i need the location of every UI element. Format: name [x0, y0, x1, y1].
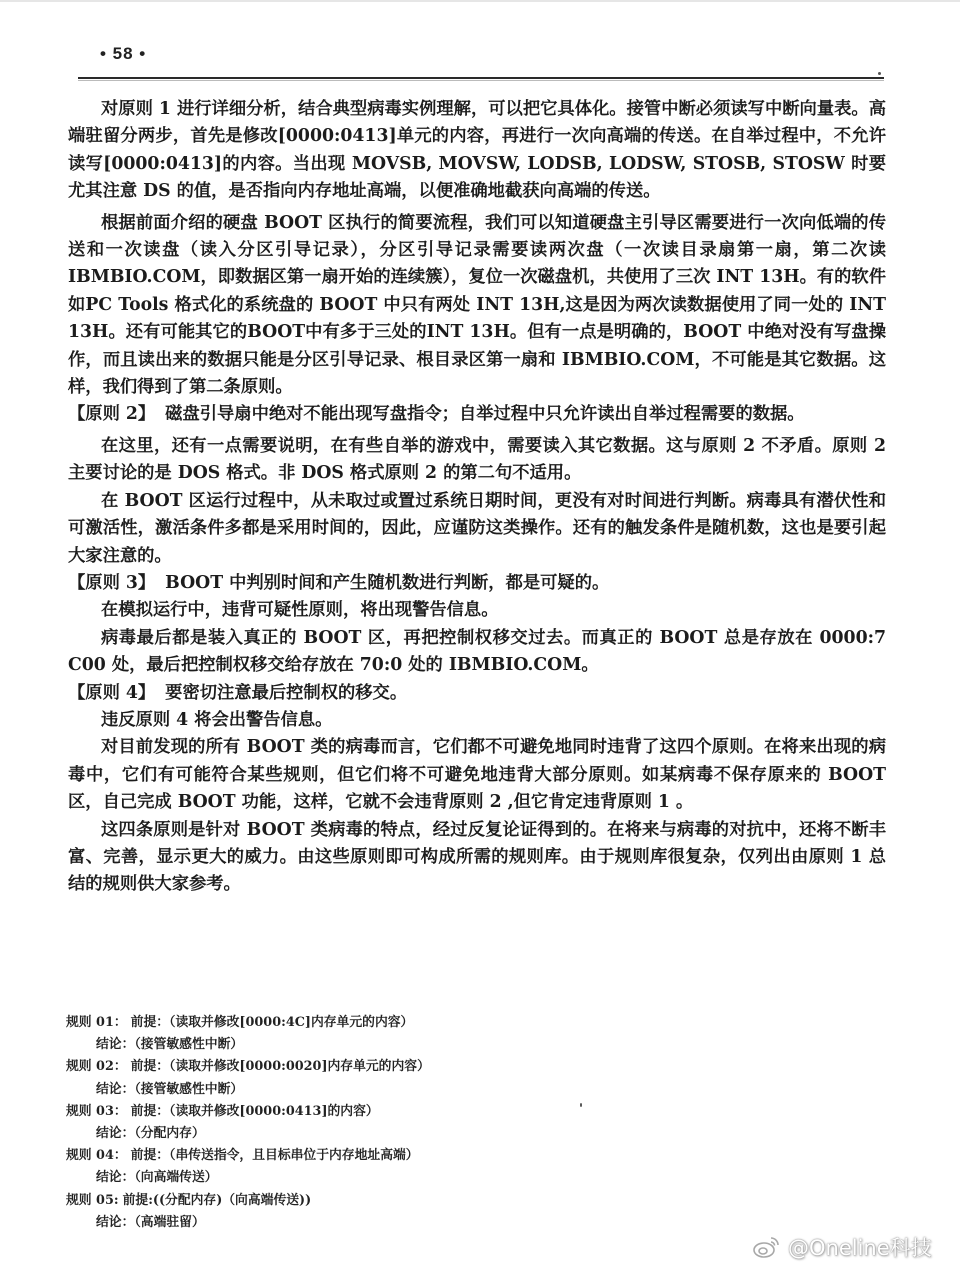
page-number: • 58 • [100, 44, 146, 64]
top-border [0, 0, 960, 2]
rule-03-premise: 规则 03：前提：（读取并修改[0000:0413]的内容） [66, 1101, 566, 1123]
header-rule-shadow [78, 80, 884, 81]
header-rule [78, 77, 884, 79]
paragraph-control-transfer: 病毒最后都是装入真正的 BOOT 区，再把控制权移交过去。而真正的 BOOT 总… [68, 625, 886, 680]
principle-tag: 【原则 3】 [68, 573, 155, 593]
principle-text: 要密切注意最后控制权的移交。 [165, 683, 407, 703]
principle-text: BOOT 中判别时间和产生随机数进行判断，都是可疑的。 [165, 573, 609, 593]
principle-tag: 【原则 4】 [68, 683, 155, 703]
watermark-text: @Oneline科技 [788, 1232, 932, 1262]
principle-3: 【原则 3】BOOT 中判别时间和产生随机数进行判断，都是可疑的。 [68, 570, 886, 597]
paragraph-games-note: 在这里，还有一点需要说明，在有些自举的游戏中，需要读入其它数据。这与原则 2 不… [68, 433, 886, 488]
principle-4: 【原则 4】要密切注意最后控制权的移交。 [68, 680, 886, 707]
rule-02-conclusion: 结论：（接管敏感性中断） [66, 1079, 566, 1101]
rule-05-conclusion: 结论：（高端驻留） [66, 1212, 566, 1234]
rule-03-conclusion: 结论：（分配内存） [66, 1123, 566, 1145]
rule-04-conclusion: 结论：（向高端传送） [66, 1167, 566, 1189]
principle-2: 【原则 2】磁盘引导扇中绝对不能出现写盘指令；自举过程中只允许读出自举过程需要的… [68, 401, 886, 428]
rule-05-premise: 规则 05:前提:((分配内存)（向高端传送)) [66, 1190, 566, 1212]
paragraph-principle1-analysis: 对原则 1 进行详细分析，结合典型病毒实例理解，可以把它具体化。接管中断必须读写… [68, 96, 886, 206]
scan-speck [878, 72, 881, 75]
paragraph-all-viruses: 对目前发现的所有 BOOT 类的病毒而言，它们都不可避免地同时违背了这四个原则。… [68, 734, 886, 816]
principle-text: 磁盘引导扇中绝对不能出现写盘指令；自举过程中只允许读出自举过程需要的数据。 [165, 404, 804, 424]
rule-02-premise: 规则 02：前提：（读取并修改[0000:0020]内存单元的内容） [66, 1056, 566, 1078]
paragraph-summary: 这四条原则是针对 BOOT 类病毒的特点，经过反复论证得到的。在将来与病毒的对抗… [68, 817, 886, 899]
paragraph-boot-flow: 根据前面介绍的硬盘 BOOT 区执行的简要流程，我们可以知道硬盘主引导区需要进行… [68, 210, 886, 402]
rule-04-premise: 规则 04：前提：（串传送指令，且目标串位于内存地址高端） [66, 1145, 566, 1167]
paragraph-warning-3: 在模拟运行中，违背可疑性原则，将出现警告信息。 [68, 597, 886, 624]
scan-speck [580, 1103, 582, 1107]
document-body: 对原则 1 进行详细分析，结合典型病毒实例理解，可以把它具体化。接管中断必须读写… [68, 96, 886, 899]
watermark: @Oneline科技 [752, 1232, 932, 1262]
principle-tag: 【原则 2】 [68, 404, 155, 424]
paragraph-warning-4: 违反原则 4 将会出警告信息。 [68, 707, 886, 734]
rule-list: 规则 01：前提：（读取并修改[0000:4C]内存单元的内容） 结论：（接管敏… [66, 1012, 566, 1234]
weibo-icon [752, 1234, 782, 1260]
rule-01-conclusion: 结论：（接管敏感性中断） [66, 1034, 566, 1056]
paragraph-time-trigger: 在 BOOT 区运行过程中，从未取过或置过系统日期时间，更没有对时间进行判断。病… [68, 488, 886, 570]
rule-01-premise: 规则 01：前提：（读取并修改[0000:4C]内存单元的内容） [66, 1012, 566, 1034]
